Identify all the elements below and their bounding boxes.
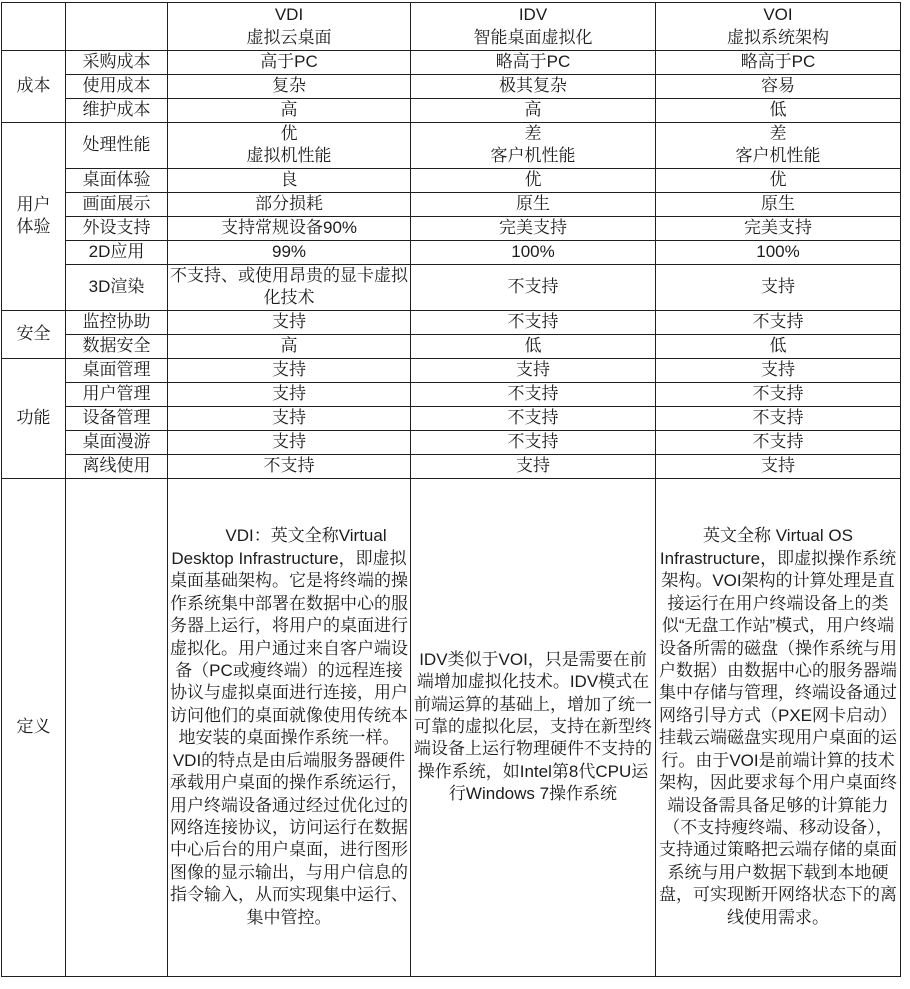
row-label-cell: 设备管理 xyxy=(66,406,168,430)
voi-value-cell: 差 客户机性能 xyxy=(656,123,901,169)
row-label-cell: 2D应用 xyxy=(66,240,168,264)
row-label-cell: 使用成本 xyxy=(66,75,168,99)
table-row: 2D应用 99% 100% 100% xyxy=(2,240,901,264)
idv-value-cell: 100% xyxy=(411,240,656,264)
row-label-cell: 维护成本 xyxy=(66,99,168,123)
table-row: 桌面体验 良 优 优 xyxy=(2,168,901,192)
idv-value-cell: 不支持 xyxy=(411,382,656,406)
definition-empty-subitem xyxy=(66,478,168,976)
comparison-table: VDI 虚拟云桌面 IDV 智能桌面虚拟化 VOI 虚拟系统架构 成本 采购成本… xyxy=(1,2,901,977)
header-cell-voi: VOI 虚拟系统架构 xyxy=(656,3,901,51)
row-label-cell: 外设支持 xyxy=(66,216,168,240)
vdi-value-cell: 高于PC xyxy=(168,51,411,75)
vdi-value-cell: 支持 xyxy=(168,406,411,430)
table-row: 外设支持 支持常规设备90% 完美支持 完美支持 xyxy=(2,216,901,240)
category-cell-definition: 定义 xyxy=(2,478,66,976)
table-row: 功能 桌面管理 支持 支持 支持 xyxy=(2,358,901,382)
row-label-cell: 采购成本 xyxy=(66,51,168,75)
idv-value-cell: 差 客户机性能 xyxy=(411,123,656,169)
row-label-cell: 数据安全 xyxy=(66,334,168,358)
voi-value-cell: 100% xyxy=(656,240,901,264)
idv-value-cell: 原生 xyxy=(411,192,656,216)
vdi-value-cell: 高 xyxy=(168,99,411,123)
vdi-value-cell: 支持 xyxy=(168,358,411,382)
voi-value-cell: 不支持 xyxy=(656,406,901,430)
voi-value-cell: 支持 xyxy=(656,358,901,382)
vdi-value-cell: 不支持、或使用昂贵的显卡虚拟化技术 xyxy=(168,264,411,310)
voi-definition-cell: 英文全称 Virtual OS Infrastructure，即虚拟操作系统架构… xyxy=(656,478,901,976)
voi-value-cell: 支持 xyxy=(656,454,901,478)
table-row: 成本 采购成本 高于PC 略高于PC 略高于PC xyxy=(2,51,901,75)
row-label-cell: 画面展示 xyxy=(66,192,168,216)
vdi-value-cell: 支持 xyxy=(168,310,411,334)
idv-value-cell: 支持 xyxy=(411,454,656,478)
table-row: 数据安全 高 低 低 xyxy=(2,334,901,358)
voi-value-cell: 不支持 xyxy=(656,430,901,454)
idv-value-cell: 不支持 xyxy=(411,430,656,454)
idv-definition-cell: IDV类似于VOI，只是需要在前端增加虚拟化技术。IDV模式在前端运算的基础上，… xyxy=(411,478,656,976)
table-row: 画面展示 部分损耗 原生 原生 xyxy=(2,192,901,216)
table-row: 用户管理 支持 不支持 不支持 xyxy=(2,382,901,406)
table-row: 维护成本 高 高 低 xyxy=(2,99,901,123)
voi-value-cell: 完美支持 xyxy=(656,216,901,240)
voi-value-cell: 优 xyxy=(656,168,901,192)
table-row: 使用成本 复杂 极其复杂 容易 xyxy=(2,75,901,99)
category-cell-features: 功能 xyxy=(2,358,66,478)
vdi-value-cell: 支持 xyxy=(168,382,411,406)
table-row: 3D渲染 不支持、或使用昂贵的显卡虚拟化技术 不支持 支持 xyxy=(2,264,901,310)
row-label-cell: 桌面漫游 xyxy=(66,430,168,454)
vdi-value-cell: 高 xyxy=(168,334,411,358)
vdi-value-cell: 99% xyxy=(168,240,411,264)
category-cell-cost: 成本 xyxy=(2,51,66,123)
voi-value-cell: 支持 xyxy=(656,264,901,310)
idv-value-cell: 略高于PC xyxy=(411,51,656,75)
vdi-value-cell: 良 xyxy=(168,168,411,192)
vdi-value-cell: 不支持 xyxy=(168,454,411,478)
vdi-value-cell: 支持 xyxy=(168,430,411,454)
header-empty-category xyxy=(2,3,66,51)
category-cell-security: 安全 xyxy=(2,310,66,358)
idv-value-cell: 高 xyxy=(411,99,656,123)
voi-value-cell: 不支持 xyxy=(656,310,901,334)
idv-value-cell: 不支持 xyxy=(411,310,656,334)
row-label-cell: 处理性能 xyxy=(66,123,168,169)
idv-value-cell: 低 xyxy=(411,334,656,358)
vdi-value-cell: 部分损耗 xyxy=(168,192,411,216)
header-cell-vdi: VDI 虚拟云桌面 xyxy=(168,3,411,51)
definition-row: 定义 VDI：英文全称Virtual Desktop Infrastructur… xyxy=(2,478,901,976)
idv-value-cell: 完美支持 xyxy=(411,216,656,240)
row-label-cell: 用户管理 xyxy=(66,382,168,406)
voi-value-cell: 不支持 xyxy=(656,382,901,406)
vdi-value-cell: 支持常规设备90% xyxy=(168,216,411,240)
row-label-cell: 桌面管理 xyxy=(66,358,168,382)
row-label-cell: 3D渲染 xyxy=(66,264,168,310)
header-cell-idv: IDV 智能桌面虚拟化 xyxy=(411,3,656,51)
row-label-cell: 桌面体验 xyxy=(66,168,168,192)
voi-value-cell: 略高于PC xyxy=(656,51,901,75)
table-row: 离线使用 不支持 支持 支持 xyxy=(2,454,901,478)
voi-value-cell: 容易 xyxy=(656,75,901,99)
idv-value-cell: 不支持 xyxy=(411,406,656,430)
table-row: 设备管理 支持 不支持 不支持 xyxy=(2,406,901,430)
table-row: 用户 体验 处理性能 优 虚拟机性能 差 客户机性能 差 客户机性能 xyxy=(2,123,901,169)
idv-value-cell: 支持 xyxy=(411,358,656,382)
vdi-definition-cell: VDI：英文全称Virtual Desktop Infrastructure，即… xyxy=(168,478,411,976)
header-row: VDI 虚拟云桌面 IDV 智能桌面虚拟化 VOI 虚拟系统架构 xyxy=(2,3,901,51)
idv-value-cell: 优 xyxy=(411,168,656,192)
table-row: 桌面漫游 支持 不支持 不支持 xyxy=(2,430,901,454)
idv-value-cell: 极其复杂 xyxy=(411,75,656,99)
voi-value-cell: 原生 xyxy=(656,192,901,216)
header-empty-subitem xyxy=(66,3,168,51)
row-label-cell: 离线使用 xyxy=(66,454,168,478)
category-cell-user-experience: 用户 体验 xyxy=(2,123,66,311)
voi-value-cell: 低 xyxy=(656,99,901,123)
idv-value-cell: 不支持 xyxy=(411,264,656,310)
vdi-value-cell: 优 虚拟机性能 xyxy=(168,123,411,169)
vdi-value-cell: 复杂 xyxy=(168,75,411,99)
voi-value-cell: 低 xyxy=(656,334,901,358)
row-label-cell: 监控协助 xyxy=(66,310,168,334)
table-row: 安全 监控协助 支持 不支持 不支持 xyxy=(2,310,901,334)
